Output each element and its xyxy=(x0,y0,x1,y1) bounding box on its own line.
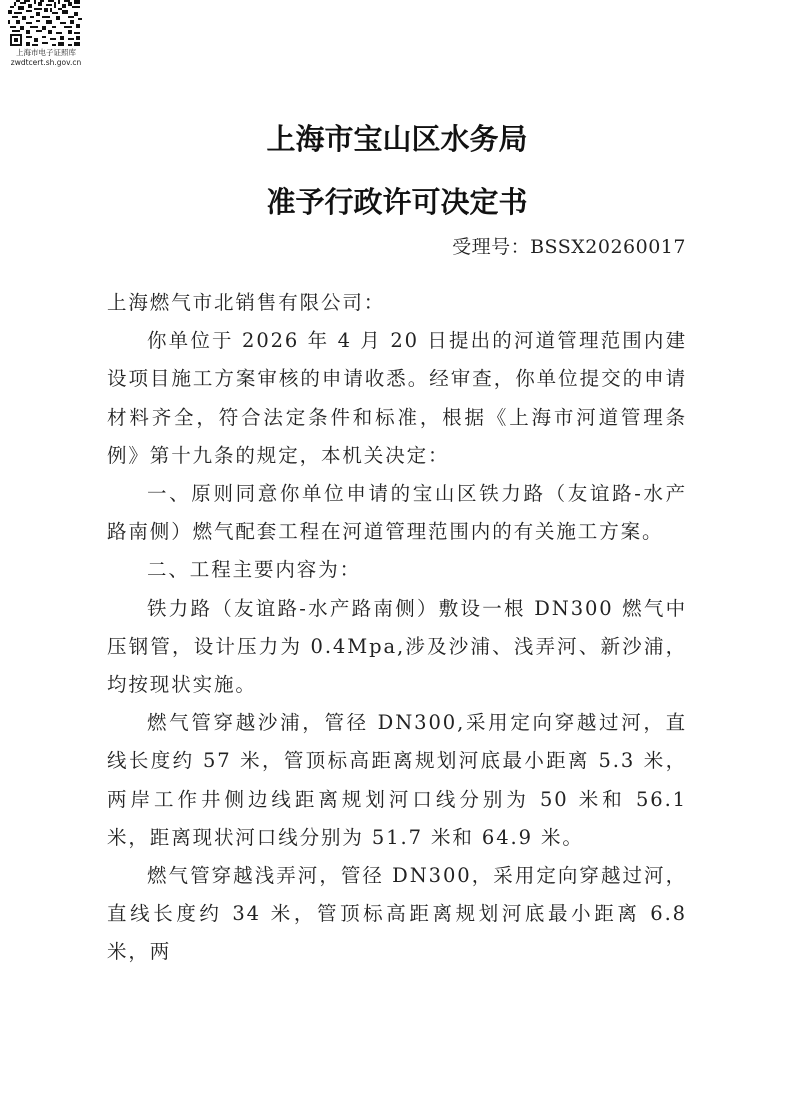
qr-code-icon xyxy=(8,0,82,48)
qr-code-block: 上海市电子证照库 zwdtcert.sh.gov.cn xyxy=(4,0,84,68)
paragraph-shapu-crossing: 燃气管穿越沙浦，管径 DN300,采用定向穿越过河，直线长度约 57 米，管顶标… xyxy=(107,704,687,857)
paragraph-application: 你单位于 2026 年 4 月 20 日提出的河道管理范围内建设项目施工方案审核… xyxy=(107,322,687,475)
issuing-authority-title: 上海市宝山区水务局 xyxy=(0,122,794,156)
addressee: 上海燃气市北销售有限公司： xyxy=(107,284,687,322)
letter-body: 上海燃气市北销售有限公司： 你单位于 2026 年 4 月 20 日提出的河道管… xyxy=(107,284,687,972)
paragraph-decision-1: 一、原则同意你单位申请的宝山区铁力路（友谊路-水产路南侧）燃气配套工程在河道管理… xyxy=(107,475,687,551)
reference-label: 受理号： xyxy=(452,236,530,258)
document-title: 准予行政许可决定书 xyxy=(0,185,794,219)
paragraph-qiannong-crossing: 燃气管穿越浅弄河，管径 DN300，采用定向穿越过河，直线长度约 34 米，管顶… xyxy=(107,857,687,972)
qr-caption-title: 上海市电子证照库 xyxy=(4,48,88,58)
reference-value: BSSX20260017 xyxy=(530,236,686,258)
paragraph-decision-2-heading: 二、工程主要内容为： xyxy=(107,551,687,589)
reference-number: 受理号：BSSX20260017 xyxy=(452,234,686,260)
qr-caption-url: zwdtcert.sh.gov.cn xyxy=(4,58,88,68)
paragraph-project-scope: 铁力路（友谊路-水产路南侧）敷设一根 DN300 燃气中压钢管，设计压力为 0.… xyxy=(107,590,687,705)
